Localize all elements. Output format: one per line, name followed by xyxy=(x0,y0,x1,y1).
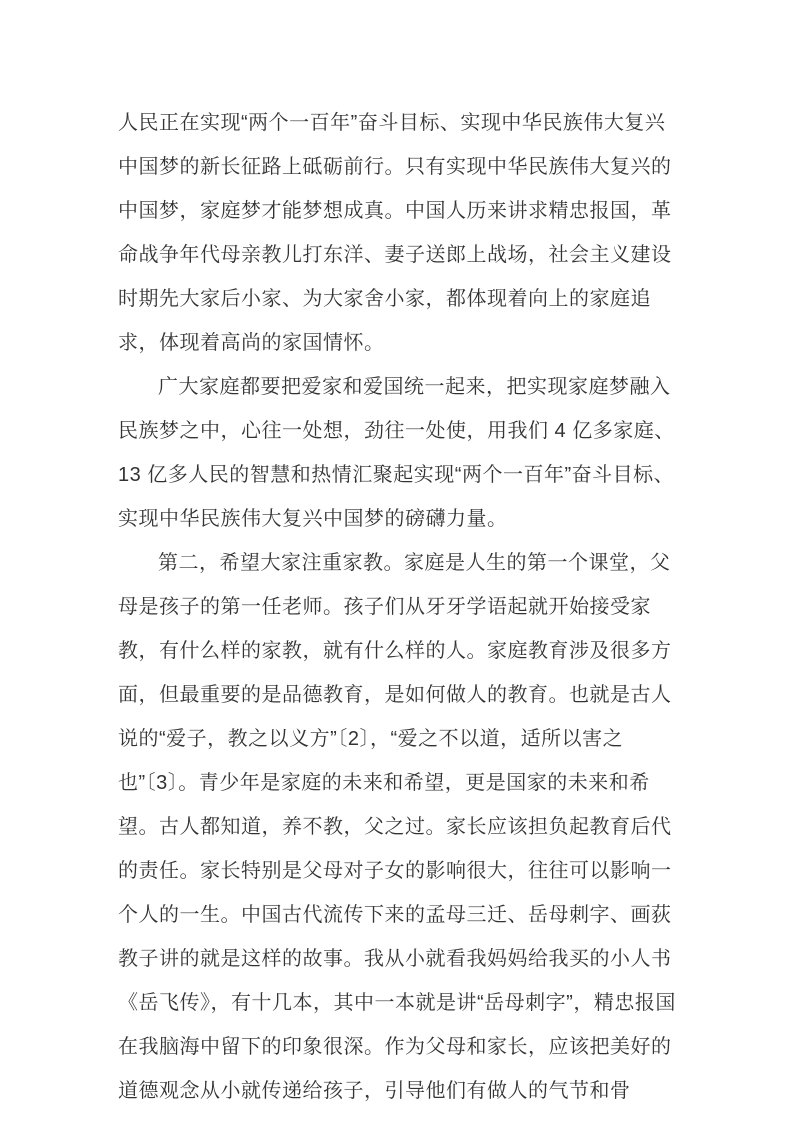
document-page: 人民正在实现“两个一百年”奋斗目标、实现中华民族伟大复兴中国梦的新长征路上砥砺前… xyxy=(0,0,800,1130)
document-body: 人民正在实现“两个一百年”奋斗目标、实现中华民族伟大复兴中国梦的新长征路上砥砺前… xyxy=(118,101,684,1113)
paragraph-family-dream: 广大家庭都要把爱家和爱国统一起来，把实现家庭梦融入民族梦之中，心往一处想，劲往一… xyxy=(118,365,684,541)
paragraph-continuation: 人民正在实现“两个一百年”奋斗目标、实现中华民族伟大复兴中国梦的新长征路上砥砺前… xyxy=(118,101,684,365)
paragraph-family-education: 第二，希望大家注重家教。家庭是人生的第一个课堂，父母是孩子的第一任老师。孩子们从… xyxy=(118,541,684,1113)
